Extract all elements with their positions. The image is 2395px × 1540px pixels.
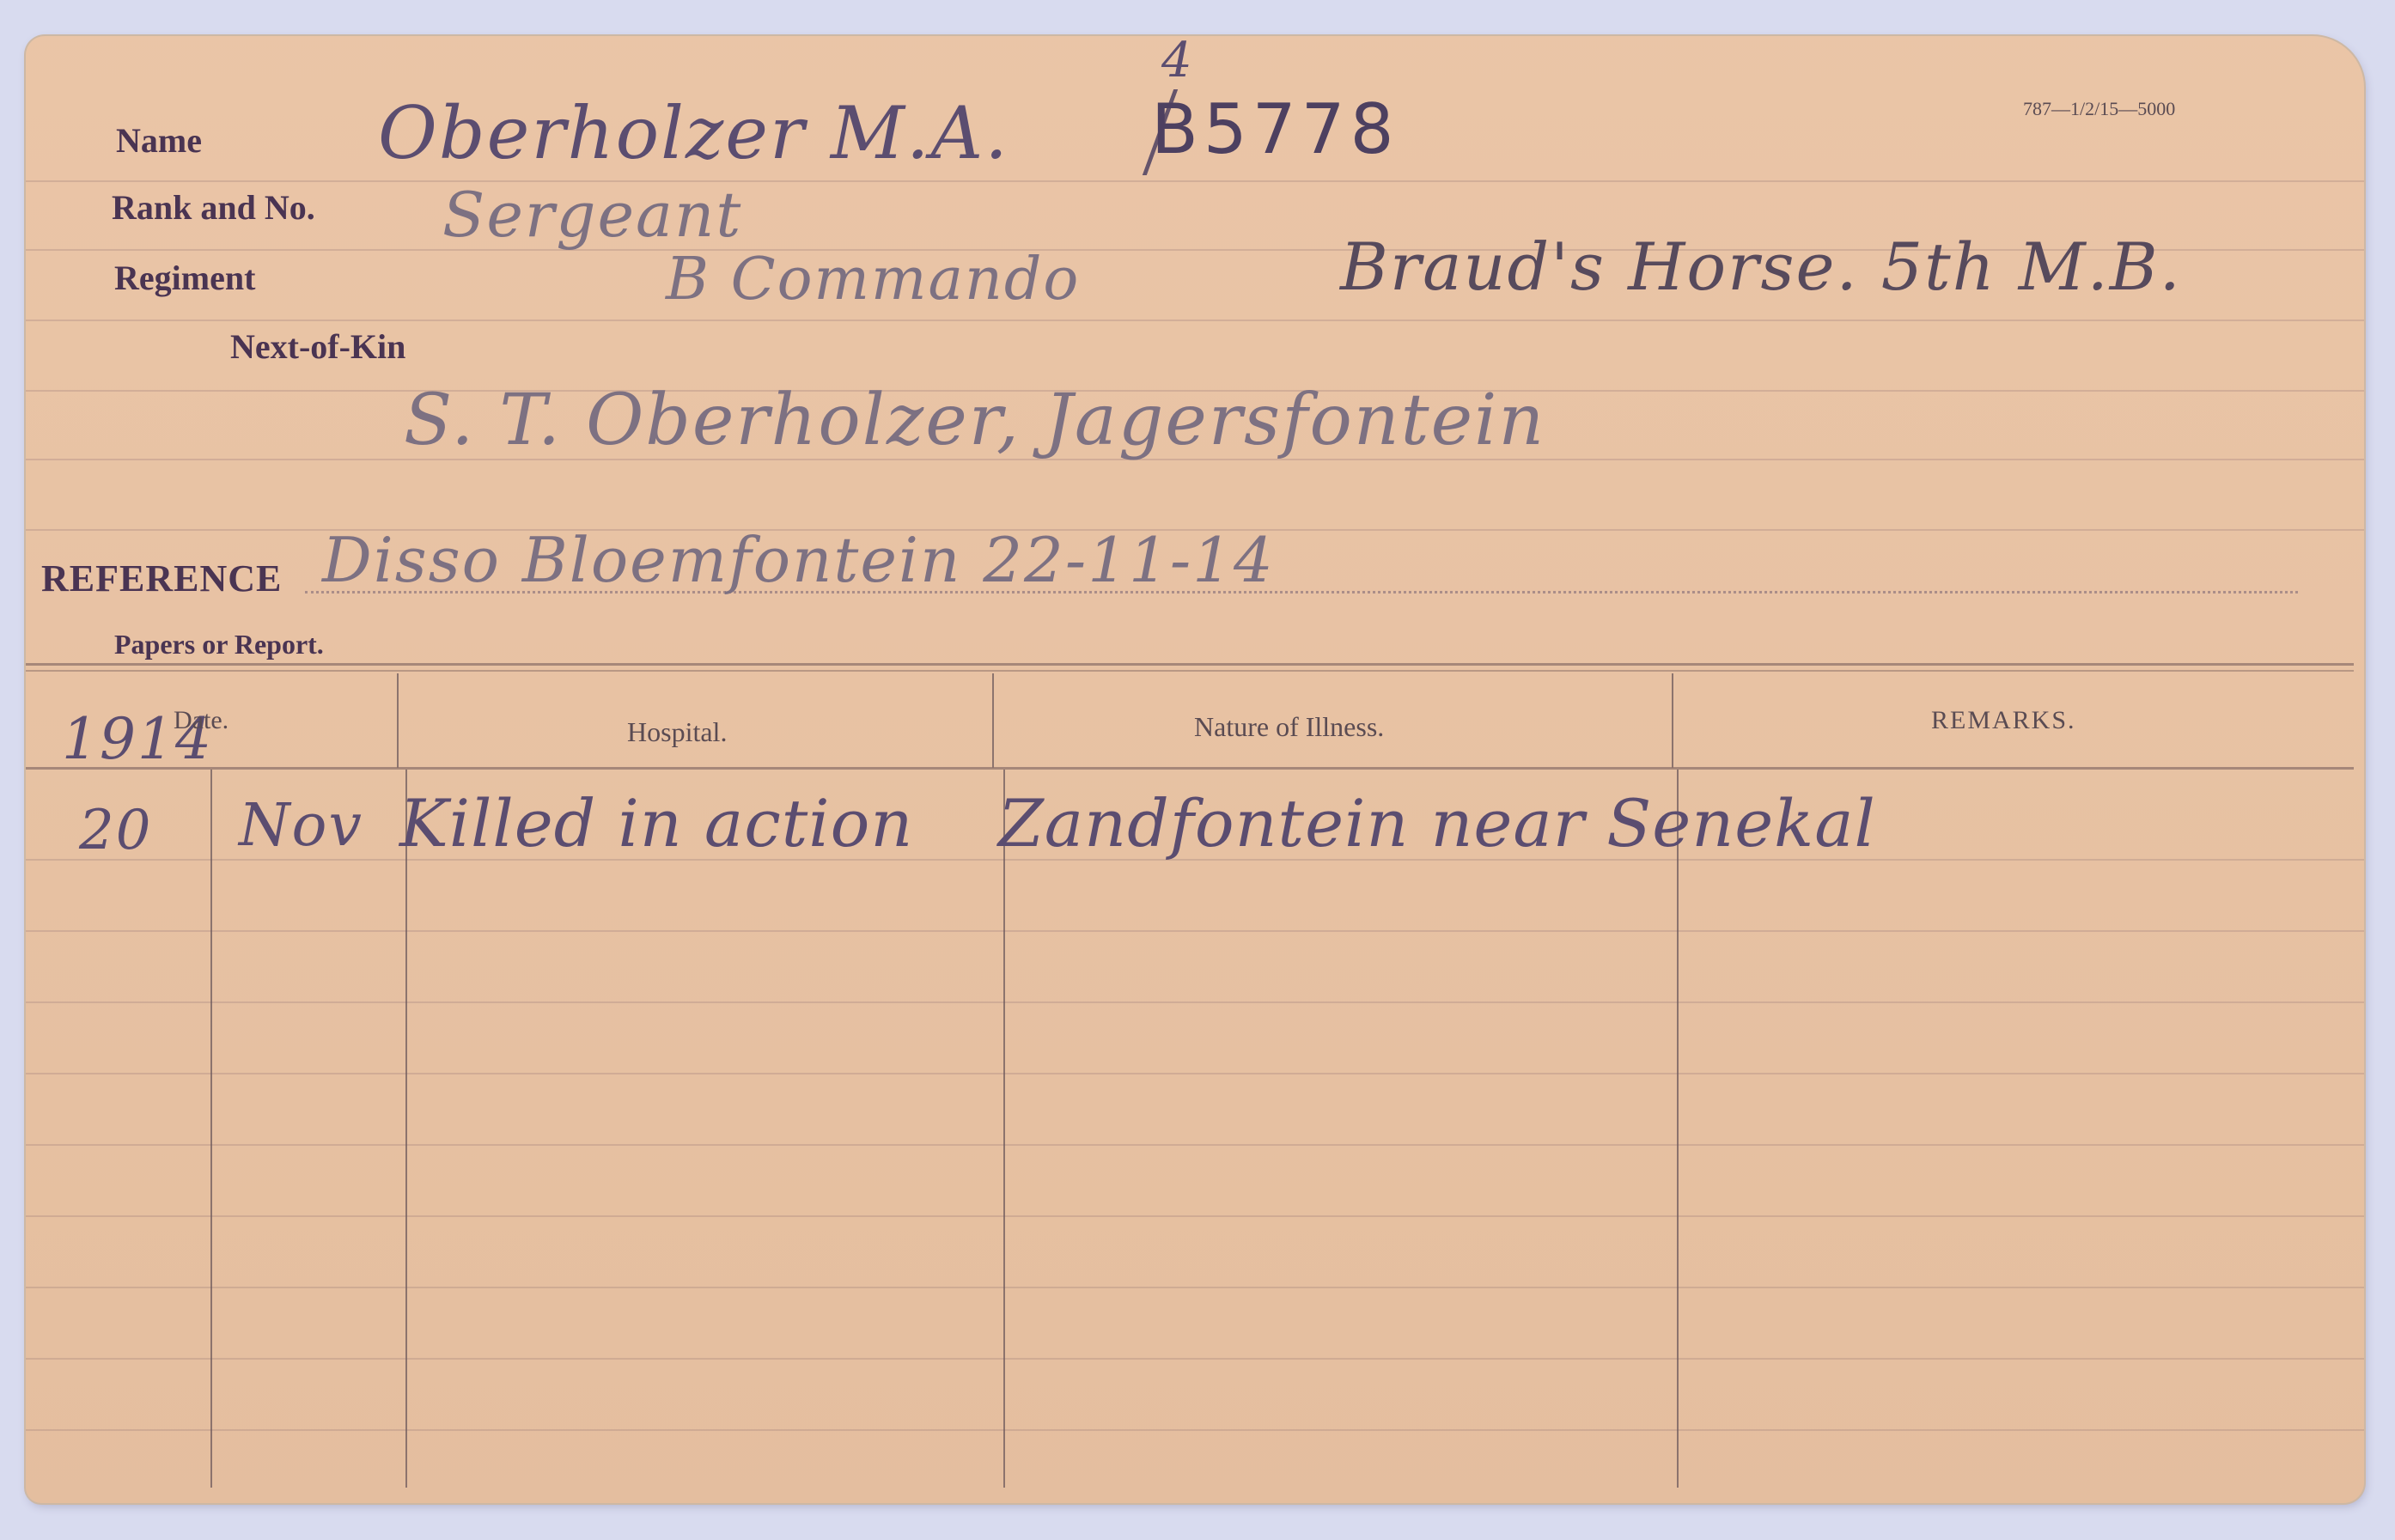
row-entry-part1: Killed in action	[399, 785, 913, 861]
row-entry-part2: Zandfontein near Senekal	[998, 785, 1876, 861]
header-divider	[992, 673, 994, 768]
record-card: 787—1/2/15—5000 Name Rank and No. Regime…	[26, 36, 2364, 1503]
form-code: 787—1/2/15—5000	[2023, 98, 2175, 120]
number-correction: 4	[1161, 36, 1194, 88]
reference-value: Disso Bloemfontein 22-11-14	[322, 524, 1275, 596]
next-of-kin-value: S. T. Oberholzer, Jagersfontein	[404, 380, 1545, 461]
ruled-line	[26, 1215, 2364, 1217]
header-divider	[1672, 673, 1673, 768]
header-nature-of-illness: Nature of Illness.	[1194, 711, 1384, 743]
row-month: Nov	[239, 792, 363, 860]
column-divider-day	[210, 770, 212, 1488]
reference-label: REFERENCE	[41, 557, 282, 600]
table-top-rule-secondary	[26, 670, 2354, 672]
table-top-rule	[26, 663, 2354, 666]
regiment-label: Regiment	[114, 258, 255, 298]
name-value: Oberholzer M.A.	[378, 91, 1009, 175]
ruled-line	[26, 1144, 2364, 1146]
header-hospital: Hospital.	[627, 716, 727, 748]
row-day: 20	[79, 799, 152, 862]
ruled-line	[26, 1358, 2364, 1360]
rank-value: Sergeant	[442, 179, 742, 251]
header-bottom-rule	[26, 767, 2354, 770]
ruled-line	[26, 1287, 2364, 1288]
header-remarks: REMARKS.	[1931, 706, 2076, 735]
papers-or-report-label: Papers or Report.	[114, 629, 324, 660]
name-label: Name	[116, 120, 202, 161]
regiment-unit-value: B Commando	[666, 246, 1080, 313]
column-divider-hospital	[1003, 770, 1005, 1488]
column-divider-illness	[1677, 770, 1679, 1488]
rank-and-no-label: Rank and No.	[112, 187, 315, 228]
ruled-line	[26, 1073, 2364, 1074]
regiment-name-value: Braud's Horse. 5th M.B.	[1340, 228, 2182, 305]
ruled-line	[26, 1001, 2364, 1003]
column-divider-month	[405, 770, 407, 1488]
header-date: Date.	[174, 706, 229, 735]
ruled-line	[26, 180, 2364, 182]
ruled-line	[26, 1429, 2364, 1431]
next-of-kin-label: Next-of-Kin	[230, 326, 405, 367]
ruled-line	[26, 320, 2364, 321]
ruled-line	[26, 930, 2364, 932]
header-divider	[397, 673, 399, 768]
